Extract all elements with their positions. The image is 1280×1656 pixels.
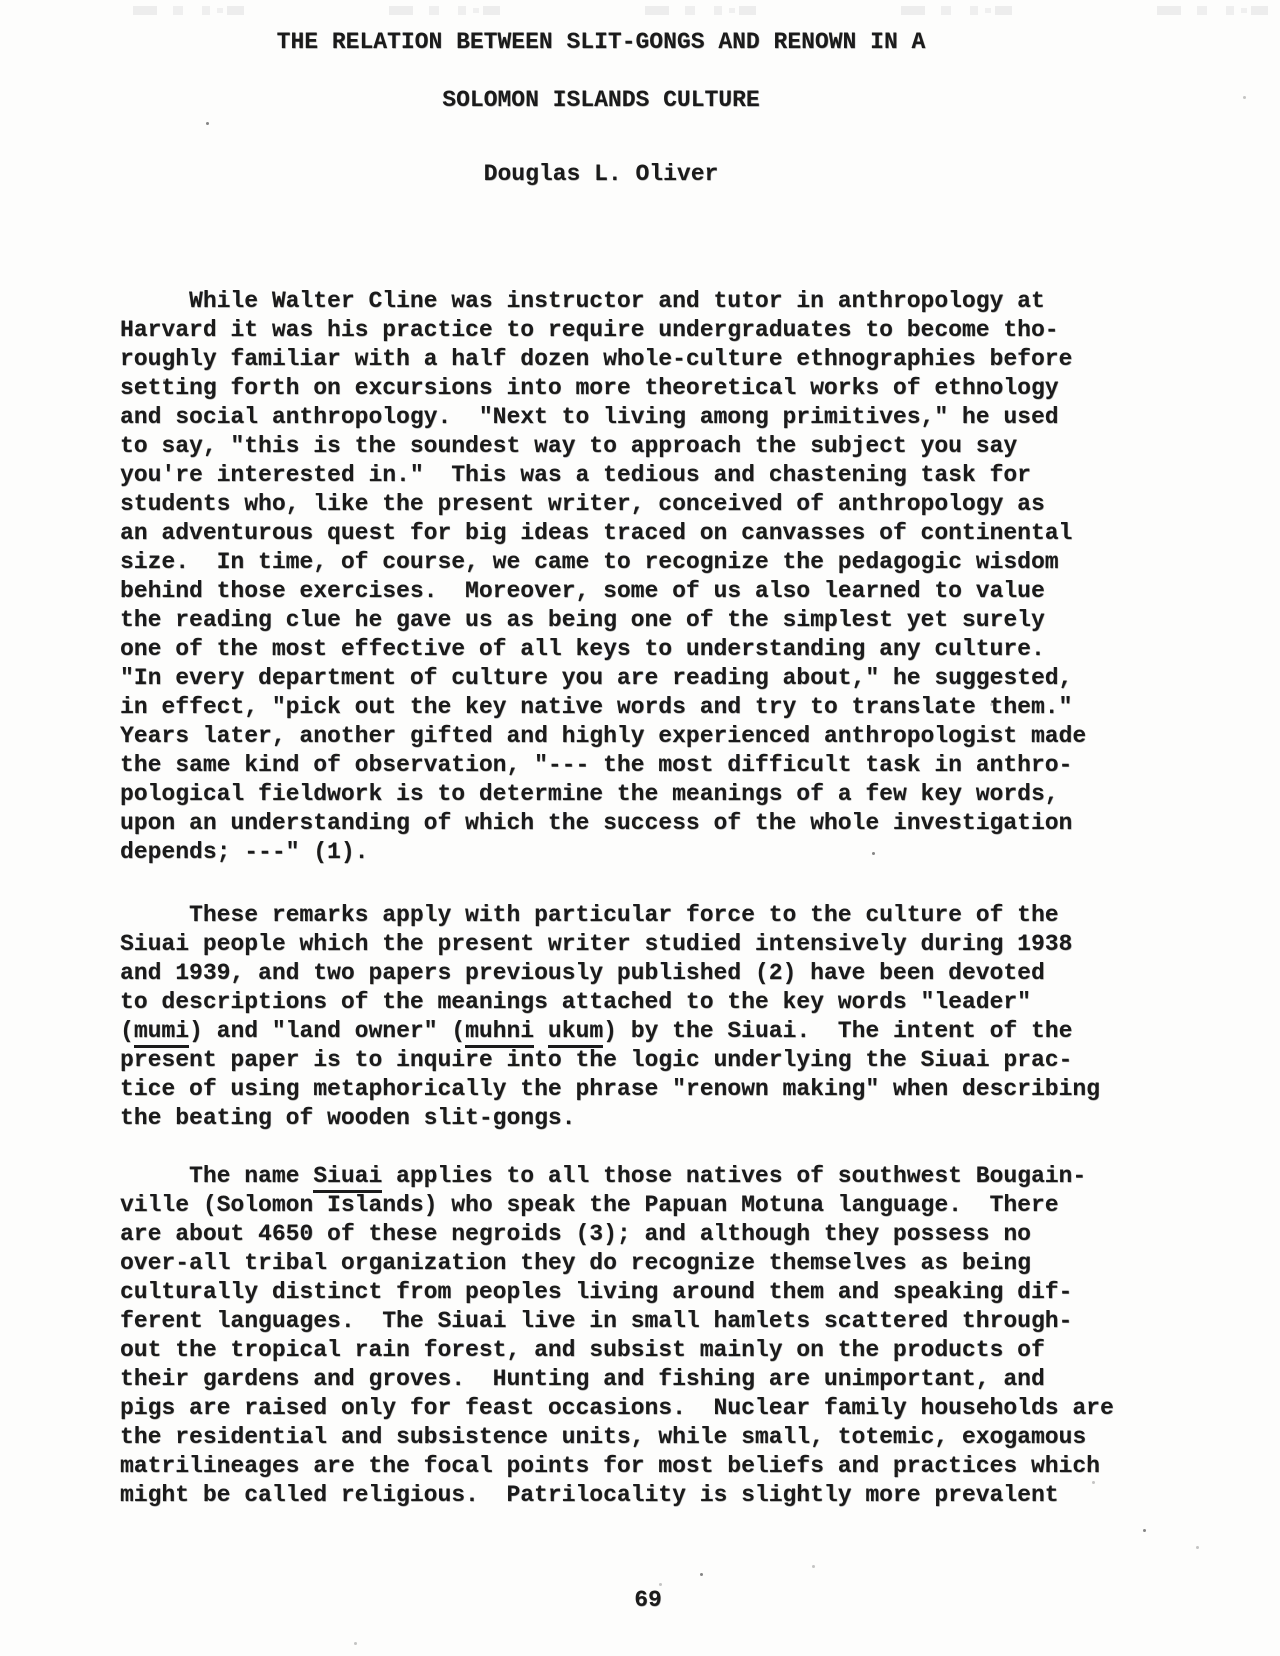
scan-speck (659, 1583, 662, 1586)
underlined-term-ukum: ukum (548, 1018, 603, 1048)
underlined-term-mumi: mumi (134, 1018, 189, 1048)
scan-smudge (901, 6, 1023, 15)
paragraph-2: These remarks apply with particular forc… (120, 901, 1100, 1133)
scan-speck (354, 1642, 357, 1645)
scan-smudge-dot (217, 8, 223, 13)
author-byline: Douglas L. Oliver (118, 160, 1084, 189)
scan-speck (700, 1573, 703, 1576)
page-number: 69 (120, 1586, 1176, 1615)
scan-speck (163, 379, 166, 382)
scan-speck (1243, 96, 1246, 99)
scan-smudge-dot (1241, 8, 1247, 13)
document-title-line2: SOLOMON ISLANDS CULTURE (118, 86, 1084, 115)
paragraph-1-text: While Walter Cline was instructor and tu… (120, 288, 1086, 865)
paragraph-3-text: The name (120, 1163, 313, 1189)
scan-speck (206, 122, 209, 125)
underlined-term-siuai: Siuai (313, 1163, 382, 1193)
scan-speck (990, 703, 993, 706)
scanned-document-page: THE RELATION BETWEEN SLIT-GONGS AND RENO… (0, 0, 1280, 1656)
document-title-line1: THE RELATION BETWEEN SLIT-GONGS AND RENO… (118, 28, 1084, 57)
scan-smudge (1157, 6, 1279, 15)
scan-smudge-dot (985, 8, 991, 13)
paragraph-3: The name Siuai applies to all those nati… (120, 1162, 1114, 1510)
underlined-term-muhni: muhni (465, 1018, 534, 1048)
scan-speck (1143, 1529, 1146, 1532)
scan-smudge (645, 6, 767, 15)
paragraph-2-text: ) and "land owner" ( (189, 1018, 465, 1044)
paragraph-2-text (534, 1018, 548, 1044)
paragraph-1: While Walter Cline was instructor and tu… (120, 287, 1086, 867)
scan-smudge (133, 6, 255, 15)
scan-smudge-dot (729, 8, 735, 13)
scan-speck (1092, 1481, 1095, 1484)
scan-smudge-dot (473, 8, 479, 13)
scan-speck (812, 1565, 815, 1568)
scan-smudge (389, 6, 511, 15)
scan-speck (872, 852, 875, 855)
paragraph-3-text: applies to all those natives of southwes… (120, 1163, 1114, 1508)
scan-speck (1196, 1546, 1199, 1549)
